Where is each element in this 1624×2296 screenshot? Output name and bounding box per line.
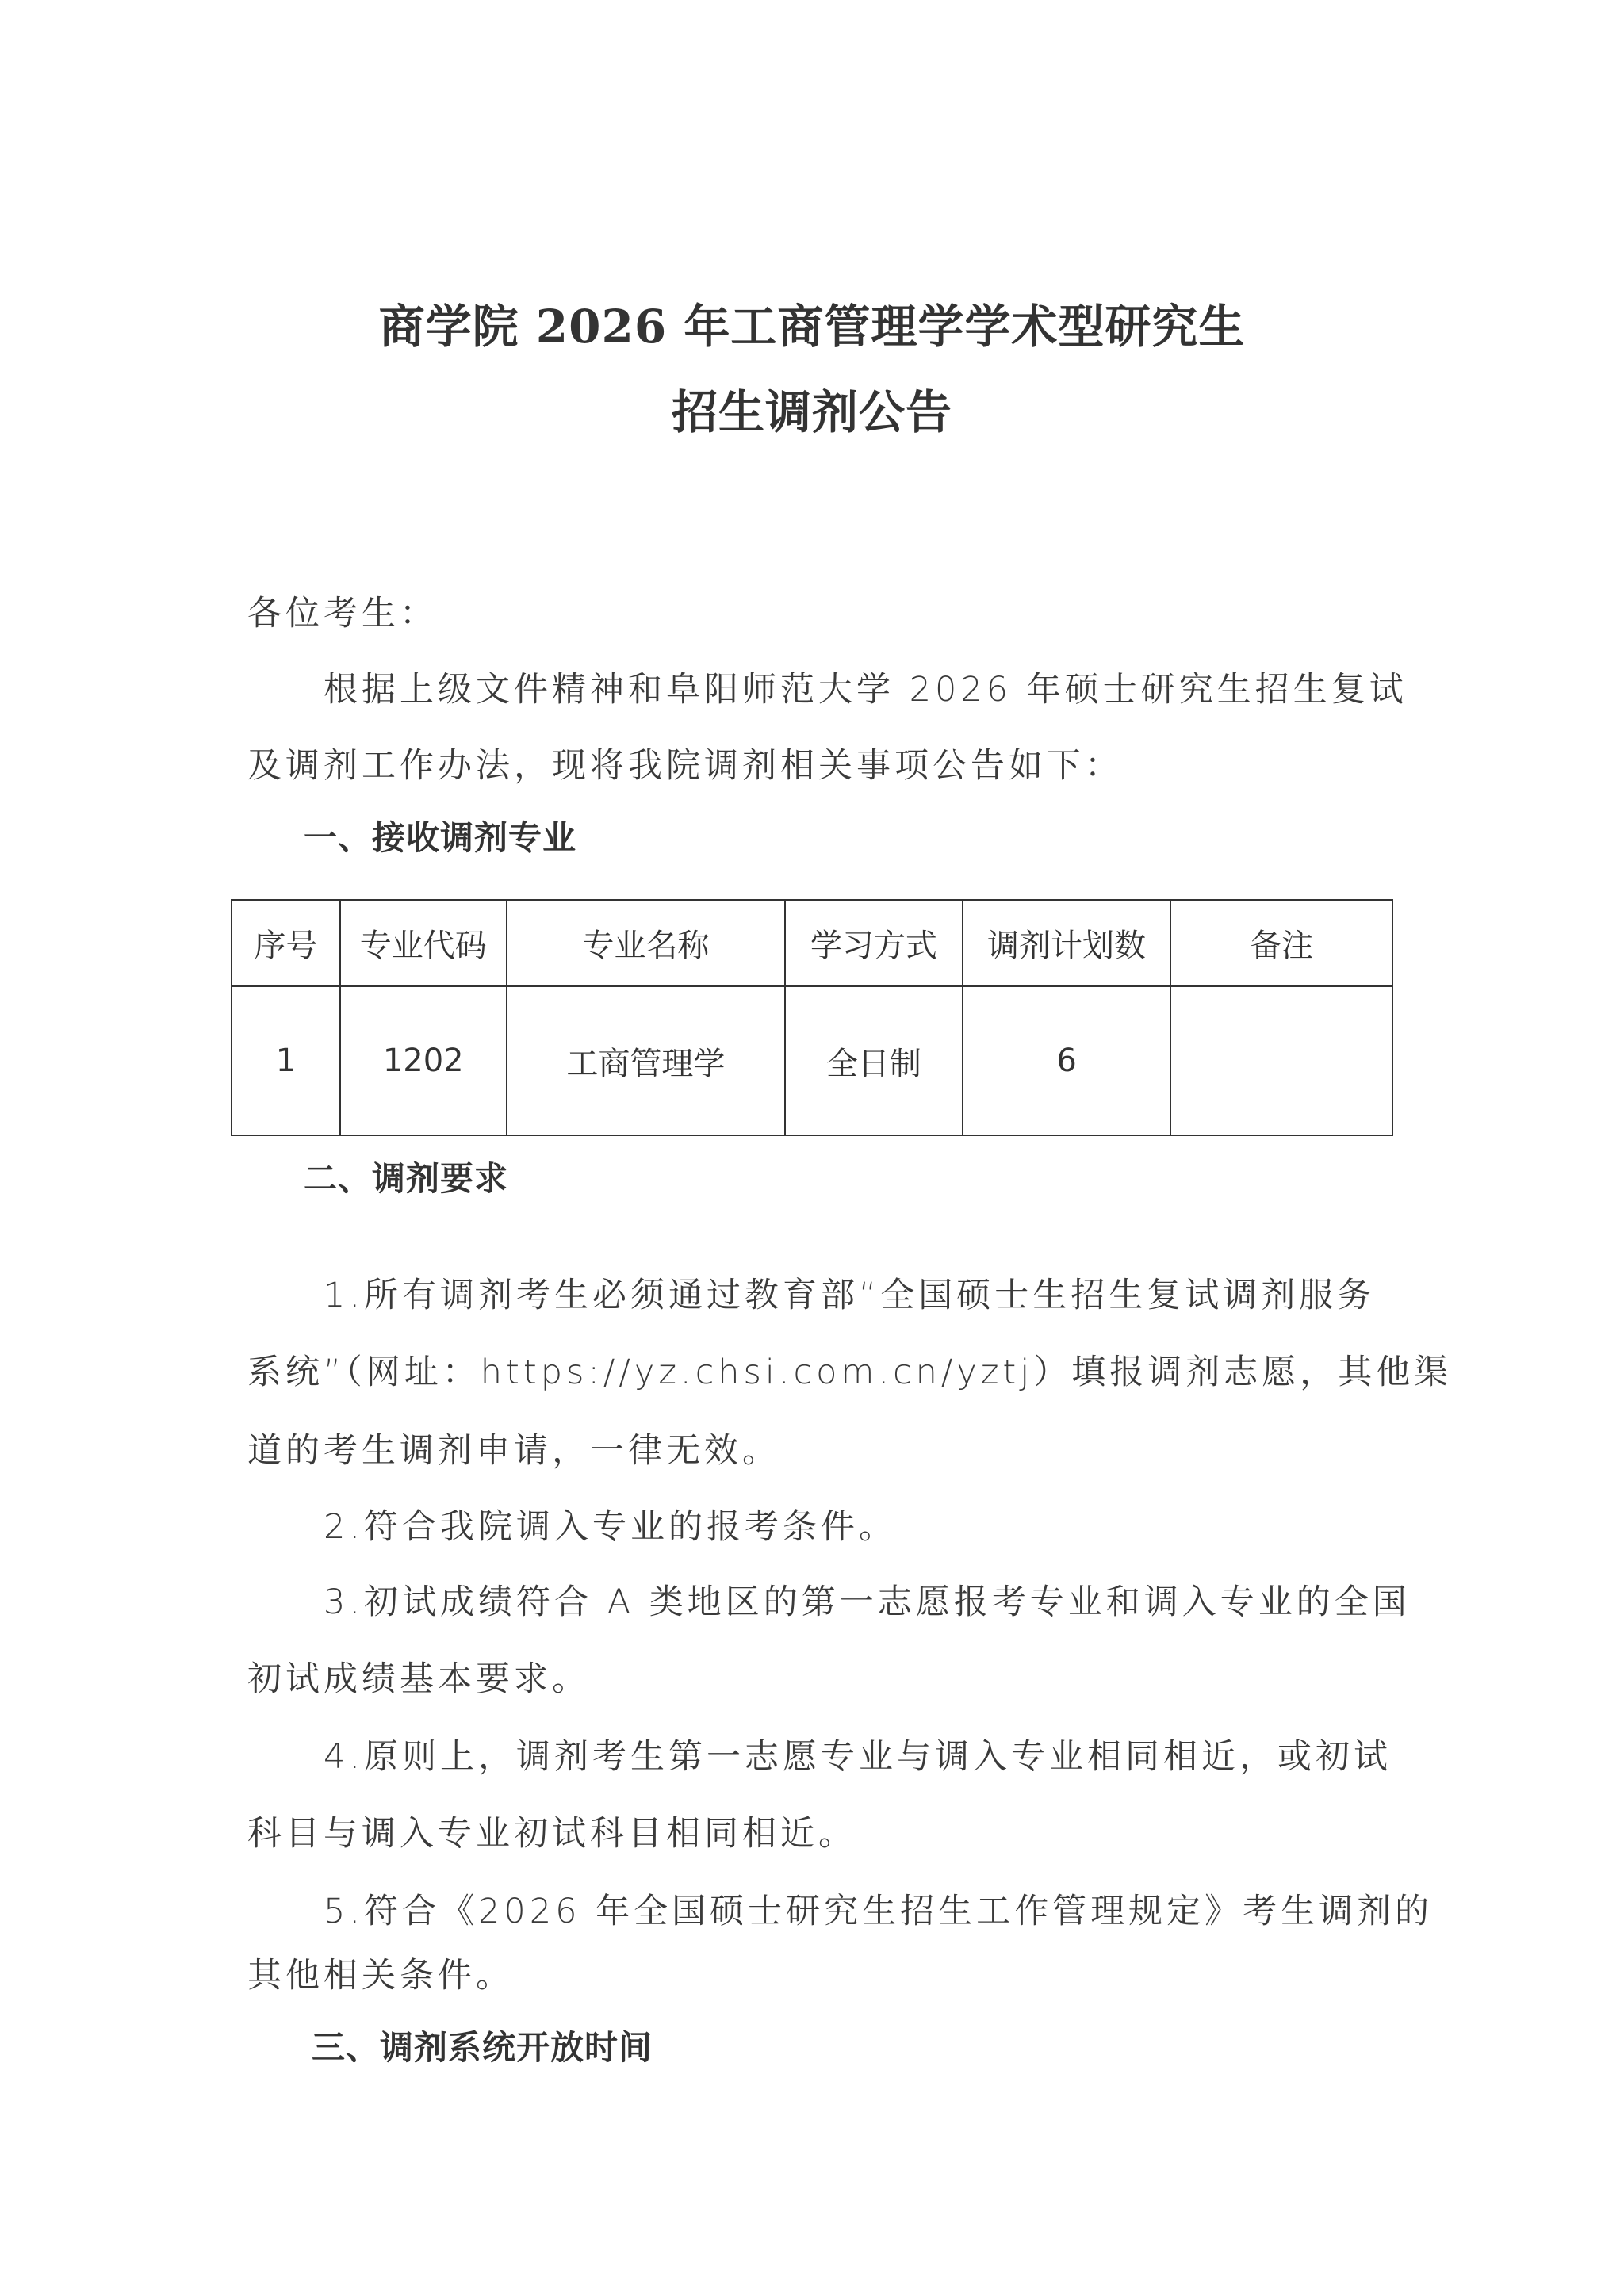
cell-major-code: 1202 [340,986,507,1135]
document-title-line-2: 招生调剂公告 [0,384,1624,441]
requirement-line: 5.符合《2026 年全国硕士研究生招生工作管理规定》考生调剂的 [324,1888,1465,1935]
requirement-line: 3.初试成绩符合 A 类地区的第一志愿报考专业和调入专业的全国 [324,1578,1465,1626]
intro-line-1: 根据上级文件精神和阜阳师范大学 2026 年硕士研究生招生复试 [324,666,1465,714]
cell-study-mode: 全日制 [785,986,963,1135]
requirement-line: 1.所有调剂考生必须通过教育部“全国硕士生招生复试调剂服务 [324,1272,1465,1319]
cell-major-name: 工商管理学 [507,986,785,1135]
requirement-line: 道的考生调剂申请，一律无效。 [247,1427,1389,1475]
intro-line-2: 及调剂工作办法，现将我院调剂相关事项公告如下： [247,742,1389,790]
document-title-line-1: 商学院 2026 年工商管理学学术型研究生 [0,298,1624,355]
salutation: 各位考生： [247,590,1389,637]
majors-table: 序号 专业代码 专业名称 学习方式 调剂计划数 备注 1 1202 工商管理学 … [231,899,1393,1136]
requirement-line: 4.原则上，调剂考生第一志愿专业与调入专业相同相近，或初试 [324,1733,1465,1781]
header-seq: 序号 [232,900,340,986]
requirement-line: 2.符合我院调入专业的报考条件。 [324,1503,1465,1551]
document-page: 商学院 2026 年工商管理学学术型研究生 招生调剂公告 各位考生： 根据上级文… [0,0,1624,2296]
header-major-name: 专业名称 [507,900,785,986]
header-study-mode: 学习方式 [785,900,963,986]
header-major-code: 专业代码 [340,900,507,986]
cell-remarks [1170,986,1392,1135]
cell-seq: 1 [232,986,340,1135]
section-heading-system-open-time: 三、调剂系统开放时间 [312,2026,653,2070]
section-heading-requirements: 二、调剂要求 [304,1157,508,1201]
requirement-line: 其他相关条件。 [247,1952,1389,1999]
requirement-line: 初试成绩基本要求。 [247,1655,1389,1703]
header-remarks: 备注 [1170,900,1392,986]
table-header-row: 序号 专业代码 专业名称 学习方式 调剂计划数 备注 [232,900,1392,986]
cell-quota: 6 [963,986,1171,1135]
requirement-line: 系统”（网址：https://yz.chsi.com.cn/yztj）填报调剂志… [247,1349,1389,1396]
section-heading-accept-majors: 一、接收调剂专业 [304,816,576,860]
header-quota: 调剂计划数 [963,900,1171,986]
requirement-line: 科目与调入专业初试科目相同相近。 [247,1810,1389,1858]
table-row: 1 1202 工商管理学 全日制 6 [232,986,1392,1135]
